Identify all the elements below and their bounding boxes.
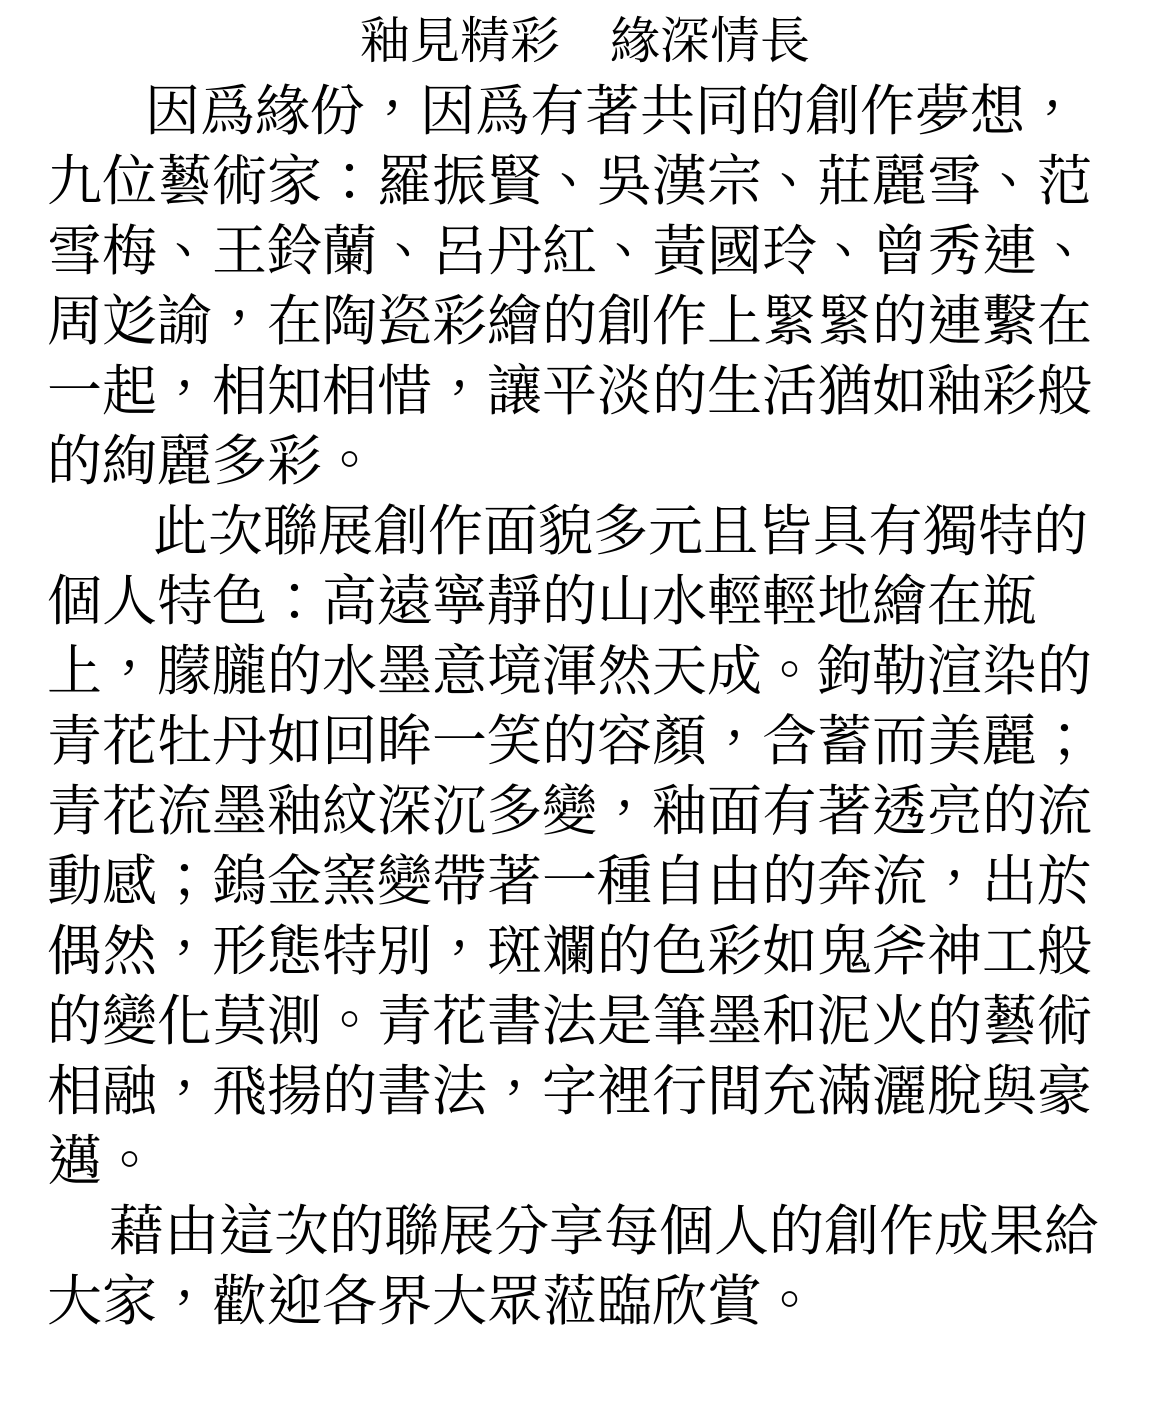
text-line: 藉由這次的聯展分享每個人的創作成果給 — [47, 1196, 1153, 1266]
paragraph: 藉由這次的聯展分享每個人的創作成果給 大家，歡迎各界大眾蒞臨欣賞。 — [47, 1196, 1153, 1336]
paragraph: 因爲緣份，因爲有著共同的創作夢想， 九位藝術家：羅振賢、吳漢宗、莊麗雪、范 雪梅… — [47, 76, 1153, 496]
text-line: 雪梅、王鈴蘭、呂丹紅、黃國玲、曾秀連、 — [47, 216, 1153, 286]
text-line: 偶然，形態特別，斑斕的色彩如鬼斧神工般 — [47, 916, 1153, 986]
text-line: 的絢麗多彩。 — [47, 426, 1153, 496]
text-line: 大家，歡迎各界大眾蒞臨欣賞。 — [47, 1266, 1153, 1336]
paragraph: 此次聯展創作面貌多元且皆具有獨特的 個人特色：高遠寧靜的山水輕輕地繪在瓶 上，朦… — [47, 496, 1153, 1196]
document-page: 釉見精彩 緣深情長 因爲緣份，因爲有著共同的創作夢想， 九位藝術家：羅振賢、吳漢… — [0, 0, 1161, 1336]
text-line: 個人特色：高遠寧靜的山水輕輕地繪在瓶 — [47, 566, 1153, 636]
text-line: 青花流墨釉紋深沉多變，釉面有著透亮的流 — [47, 776, 1153, 846]
text-line: 周彣諭，在陶瓷彩繪的創作上緊緊的連繫在 — [47, 286, 1153, 356]
text-line: 青花牡丹如回眸一笑的容顏，含蓄而美麗； — [47, 706, 1153, 776]
text-line: 上，朦朧的水墨意境渾然天成。鉤勒渲染的 — [47, 636, 1153, 706]
page-title: 釉見精彩 緣深情長 — [17, 6, 1153, 76]
text-line: 動感；鎢金窯變帶著一種自由的奔流，出於 — [47, 846, 1153, 916]
text-line: 因爲緣份，因爲有著共同的創作夢想， — [47, 76, 1153, 146]
text-line: 相融，飛揚的書法，字裡行間充滿灑脫與豪 — [47, 1056, 1153, 1126]
text-line: 的變化莫測。青花書法是筆墨和泥火的藝術 — [47, 986, 1153, 1056]
text-line: 九位藝術家：羅振賢、吳漢宗、莊麗雪、范 — [47, 146, 1153, 216]
text-line: 此次聯展創作面貌多元且皆具有獨特的 — [47, 496, 1153, 566]
text-line: 一起，相知相惜，讓平淡的生活猶如釉彩般 — [47, 356, 1153, 426]
text-line: 邁。 — [47, 1126, 1153, 1196]
